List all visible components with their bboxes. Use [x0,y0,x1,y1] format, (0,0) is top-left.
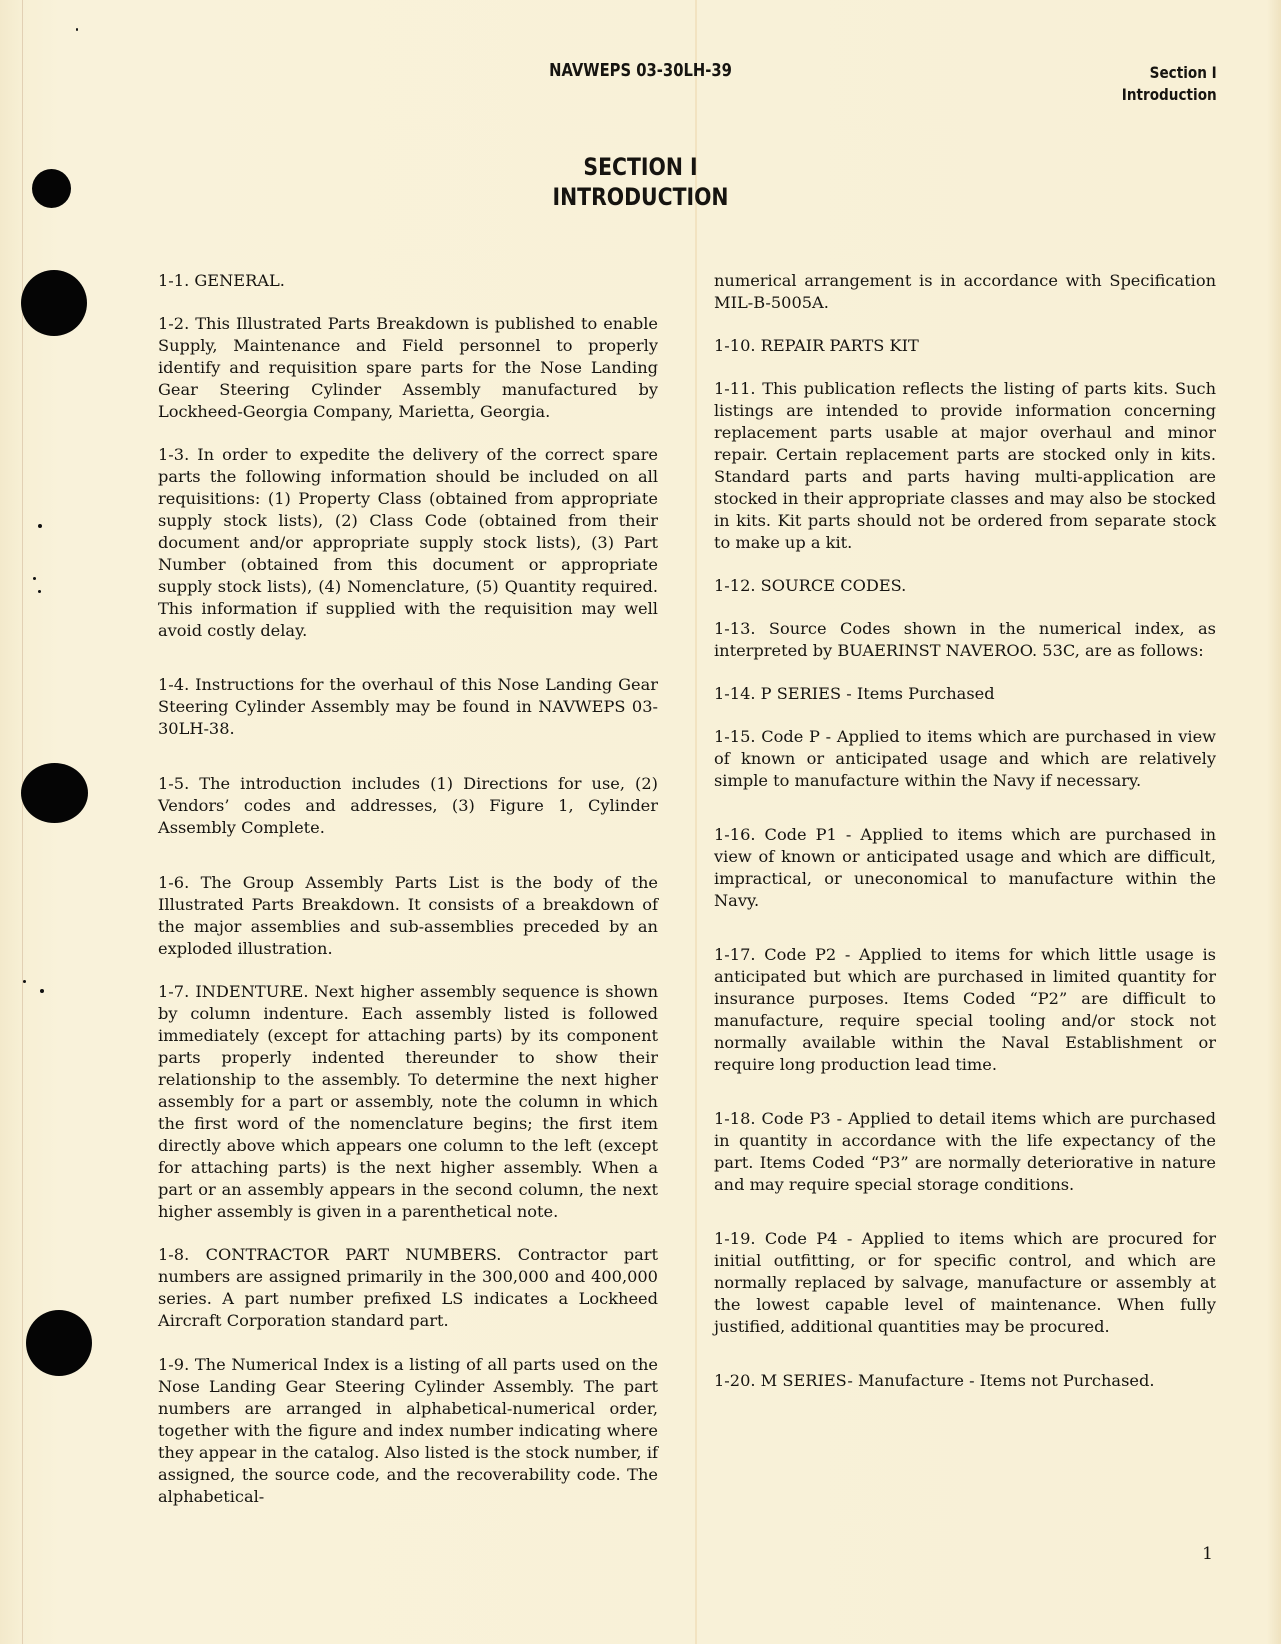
punch-hole-4 [26,1310,92,1376]
paragraph-1-14: 1-14. P SERIES - Items Purchased [714,683,1216,705]
paragraph-1-10: 1-10. REPAIR PARTS KIT [714,335,1216,357]
running-head: Section I Introduction [1122,62,1217,106]
paper-speck [40,989,44,993]
page-number: 1 [1202,1544,1213,1564]
paragraph-1-11: 1-11. This publication reflects the list… [714,378,1216,554]
paragraph-1-20: 1-20. M SERIES- Manufacture - Items not … [714,1370,1216,1392]
right-column: numerical arrangement is in accordance w… [714,270,1216,1413]
page-edge-shadow [1267,0,1281,1644]
punch-hole-3 [21,763,88,823]
paragraph-1-8: 1-8. CONTRACTOR PART NUMBERS. Contractor… [158,1244,658,1332]
punch-hole-1 [32,169,71,208]
paragraph-1-4: 1-4. Instructions for the overhaul of th… [158,674,658,740]
paper-speck [38,524,42,528]
paragraph-1-5: 1-5. The introduction includes (1) Direc… [158,773,658,839]
paper-speck [33,577,36,580]
punch-hole-2 [21,270,87,336]
paragraph-1-18: 1-18. Code P3 - Applied to detail items … [714,1108,1216,1196]
section-title-line2: INTRODUCTION [96,182,1185,212]
paragraph-1-2: 1-2. This Illustrated Parts Breakdown is… [158,313,658,423]
running-head-title: Introduction [1122,84,1217,106]
paper-speck [23,980,26,983]
paragraph-1-7: 1-7. INDENTURE. Next higher assembly seq… [158,981,658,1223]
document-id: NAVWEPS 03-30LH-39 [115,60,1165,81]
paragraph-1-13: 1-13. Source Codes shown in the numerica… [714,618,1216,662]
section-title: SECTION I INTRODUCTION [96,152,1185,212]
paragraph-1-17: 1-17. Code P2 - Applied to items for whi… [714,944,1216,1076]
center-fold-line [695,0,697,1644]
left-column: 1-1. GENERAL. 1-2. This Illustrated Part… [158,270,658,1529]
paragraph-1-12: 1-12. SOURCE CODES. [714,575,1216,597]
paragraph-1-1: 1-1. GENERAL. [158,270,658,292]
paragraph-1-9: 1-9. The Numerical Index is a listing of… [158,1354,658,1508]
paper-speck [38,590,41,593]
paper-speck [76,28,78,31]
paragraph-1-15: 1-15. Code P - Applied to items which ar… [714,726,1216,792]
margin-line [22,0,23,1644]
section-title-line1: SECTION I [96,152,1185,182]
paragraph-1-6: 1-6. The Group Assembly Parts List is th… [158,872,658,960]
paragraph-1-9-continued: numerical arrangement is in accordance w… [714,270,1216,314]
paragraph-1-3: 1-3. In order to expedite the delivery o… [158,444,658,642]
paragraph-1-19: 1-19. Code P4 - Applied to items which a… [714,1228,1216,1338]
running-head-section: Section I [1122,62,1217,84]
paragraph-1-16: 1-16. Code P1 - Applied to items which a… [714,824,1216,912]
